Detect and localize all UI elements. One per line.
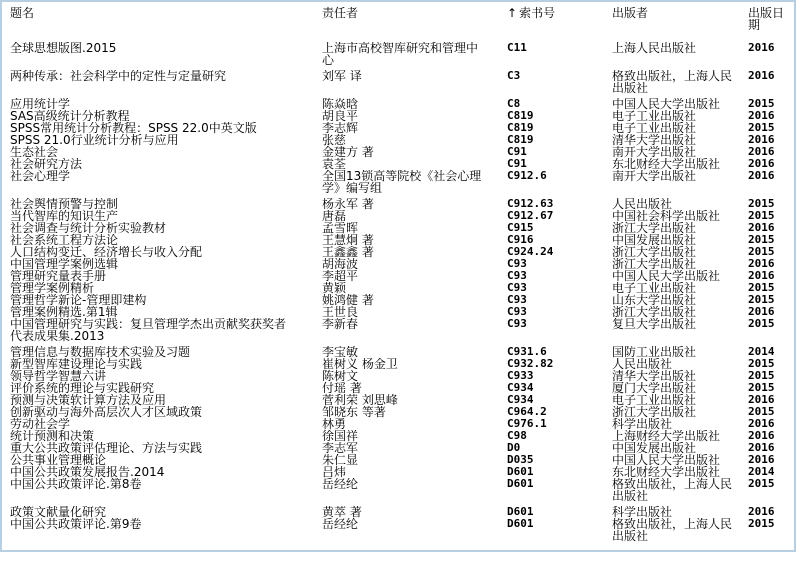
- cell-publisher: 浙江大学出版社: [612, 246, 748, 258]
- cell-publish-date: 2016: [748, 454, 794, 466]
- cell-author: 王世良: [322, 306, 507, 318]
- cell-publish-date: 2015: [748, 406, 794, 418]
- cell-author: 胡良平: [322, 110, 507, 122]
- cell-call-number: C912.6: [507, 170, 612, 198]
- cell-author: 岳经纶: [322, 518, 507, 546]
- cell-title: 劳动社会学: [2, 418, 322, 430]
- sort-ascending-icon: ↑: [507, 7, 517, 19]
- cell-call-number: C976.1: [507, 418, 612, 430]
- cell-publish-date: 2016: [748, 258, 794, 270]
- cell-title: 中国管理学案例选辑: [2, 258, 322, 270]
- cell-title: 预测与决策软计算方法及应用: [2, 394, 322, 406]
- cell-title: 生态社会: [2, 146, 322, 158]
- cell-publish-date: 2015: [748, 370, 794, 382]
- cell-title: 管理学案例精析: [2, 282, 322, 294]
- cell-author: 姚鸿健 著: [322, 294, 507, 306]
- cell-title: 社会心理学: [2, 170, 322, 198]
- cell-publish-date: 2015: [748, 382, 794, 394]
- cell-publisher: 中国人民大学出版社: [612, 270, 748, 282]
- cell-call-number: C93: [507, 282, 612, 294]
- cell-author: 付瑶 著: [322, 382, 507, 394]
- cell-author: 王慧炯 著: [322, 234, 507, 246]
- cell-publish-date: 2015: [748, 282, 794, 294]
- cell-publish-date: 2015: [748, 210, 794, 222]
- cell-call-number: C819: [507, 134, 612, 146]
- cell-call-number: C819: [507, 122, 612, 134]
- table-row: 中国管理学案例选辑胡海波C93浙江大学出版社2016: [2, 258, 794, 270]
- cell-publish-date: 2016: [748, 222, 794, 234]
- cell-publisher: 电子工业出版社: [612, 282, 748, 294]
- cell-publisher: 厦门大学出版社: [612, 382, 748, 394]
- cell-title: 评价系统的理论与实践研究: [2, 382, 322, 394]
- cell-call-number: C93: [507, 258, 612, 270]
- cell-title: 应用统计学: [2, 98, 322, 110]
- cell-publisher: 南开大学出版社: [612, 146, 748, 158]
- cell-author: 朱仁显: [322, 454, 507, 466]
- cell-author: 黄萃 著: [322, 506, 507, 518]
- table-row: 社会系统工程方法论王慧炯 著C916中国发展出版社2015: [2, 234, 794, 246]
- cell-publish-date: 2015: [748, 246, 794, 258]
- cell-call-number: C819: [507, 110, 612, 122]
- cell-title: 全球思想版图.2015: [2, 42, 322, 70]
- cell-call-number: C93: [507, 294, 612, 306]
- cell-publisher: 浙江大学出版社: [612, 222, 748, 234]
- table-row: 两种传承：社会科学中的定性与定量研究刘军 译C3格致出版社，上海人民出版社201…: [2, 70, 794, 98]
- cell-title: 两种传承：社会科学中的定性与定量研究: [2, 70, 322, 98]
- cell-call-number: D601: [507, 506, 612, 518]
- cell-title: 创新驱动与海外高层次人才区域政策: [2, 406, 322, 418]
- cell-publish-date: 2016: [748, 506, 794, 518]
- cell-publisher: 电子工业出版社: [612, 110, 748, 122]
- table-row: 社会心理学全国13锁高等院校《社会心理学》编写组C912.6南开大学出版社201…: [2, 170, 794, 198]
- table-row: SPSS常用统计分析教程：SPSS 22.0中英文版李志辉C819电子工业出版社…: [2, 122, 794, 134]
- cell-call-number: C8: [507, 98, 612, 110]
- cell-call-number: C915: [507, 222, 612, 234]
- table-row: 评价系统的理论与实践研究付瑶 著C934厦门大学出版社2015: [2, 382, 794, 394]
- cell-call-number: C93: [507, 270, 612, 282]
- cell-author: 上海市高校智库研究和管理中心: [322, 42, 507, 70]
- cell-title: 社会舆情预警与控制: [2, 198, 322, 210]
- cell-call-number: C933: [507, 370, 612, 382]
- cell-author: 唐磊: [322, 210, 507, 222]
- cell-author: 全国13锁高等院校《社会心理学》编写组: [322, 170, 507, 198]
- cell-publisher: 山东大学出版社: [612, 294, 748, 306]
- cell-publish-date: 2016: [748, 270, 794, 282]
- cell-publish-date: 2016: [748, 110, 794, 122]
- cell-publisher: 清华大学出版社: [612, 370, 748, 382]
- cell-call-number: D601: [507, 518, 612, 546]
- cell-call-number: C931.6: [507, 346, 612, 358]
- cell-publisher: 人民出版社: [612, 198, 748, 210]
- cell-author: 李超平: [322, 270, 507, 282]
- cell-title: 当代智库的知识生产: [2, 210, 322, 222]
- table-row: 新型智库建设理论与实践崔树义 杨金卫C932.82人民出版社2015: [2, 358, 794, 370]
- table-row: 重大公共政策评估理论、方法与实践李志军D0中国发展出版社2016: [2, 442, 794, 454]
- cell-publish-date: 2015: [748, 98, 794, 110]
- cell-publish-date: 2016: [748, 70, 794, 98]
- table-row: 管理案例精选.第1辑王世良C93浙江大学出版社2016: [2, 306, 794, 318]
- table-row: 社会研究方法袁荃C91东北财经大学出版社2016: [2, 158, 794, 170]
- cell-publisher: 格致出版社，上海人民出版社: [612, 70, 748, 98]
- cell-publisher: 东北财经大学出版社: [612, 466, 748, 478]
- cell-author: 李志辉: [322, 122, 507, 134]
- cell-author: 吕炜: [322, 466, 507, 478]
- table-row: 管理哲学新论-管理即建构姚鸿健 著C93山东大学出版社2015: [2, 294, 794, 306]
- cell-publisher: 上海人民出版社: [612, 42, 748, 70]
- cell-call-number: D035: [507, 454, 612, 466]
- table-row: 预测与决策软计算方法及应用菅利荣 刘思峰C934电子工业出版社2016: [2, 394, 794, 406]
- cell-title: 中国公共政策发展报告.2014: [2, 466, 322, 478]
- table-row: 管理信息与数据库技术实验及习题李宝敏C931.6国防工业出版社2014: [2, 346, 794, 358]
- cell-author: 孟雪晖: [322, 222, 507, 234]
- table-row: 创新驱动与海外高层次人才区域政策邹晓东 等著C964.2浙江大学出版社2015: [2, 406, 794, 418]
- cell-title: SAS高级统计分析教程: [2, 110, 322, 122]
- cell-publish-date: 2015: [748, 122, 794, 134]
- table-row: 应用统计学陈焱晗C8中国人民大学出版社2015: [2, 98, 794, 110]
- cell-author: 张慈: [322, 134, 507, 146]
- table-row: 中国公共政策发展报告.2014吕炜D601东北财经大学出版社2014: [2, 466, 794, 478]
- cell-call-number: C916: [507, 234, 612, 246]
- cell-publish-date: 2016: [748, 418, 794, 430]
- cell-publish-date: 2015: [748, 318, 794, 346]
- table-row: 公共事业管理概论朱仁显D035中国人民大学出版社2016: [2, 454, 794, 466]
- cell-publisher: 人民出版社: [612, 358, 748, 370]
- cell-publisher: 格致出版社，上海人民出版社: [612, 518, 748, 546]
- cell-publisher: 浙江大学出版社: [612, 306, 748, 318]
- table-row: 中国公共政策评论.第9卷岳经纶D601格致出版社，上海人民出版社2015: [2, 518, 794, 546]
- cell-publish-date: 2014: [748, 466, 794, 478]
- table-body: 全球思想版图.2015上海市高校智库研究和管理中心C11上海人民出版社2016两…: [2, 42, 794, 546]
- cell-title: 中国公共政策评论.第8卷: [2, 478, 322, 506]
- cell-call-number: C934: [507, 394, 612, 406]
- cell-title: SPSS常用统计分析教程：SPSS 22.0中英文版: [2, 122, 322, 134]
- cell-title: 统计预测和决策: [2, 430, 322, 442]
- cell-publisher: 东北财经大学出版社: [612, 158, 748, 170]
- cell-publisher: 复旦大学出版社: [612, 318, 748, 346]
- cell-author: 刘军 译: [322, 70, 507, 98]
- cell-publisher: 中国发展出版社: [612, 442, 748, 454]
- cell-author: 王鑫鑫 著: [322, 246, 507, 258]
- cell-publish-date: 2016: [748, 394, 794, 406]
- book-results-panel: 题名 责任者 ↑索书号 出版者 出版日期 全球思想版图.2015上海市高校智库研…: [0, 0, 796, 552]
- cell-call-number: C11: [507, 42, 612, 70]
- cell-author: 李新春: [322, 318, 507, 346]
- cell-call-number: D601: [507, 466, 612, 478]
- cell-publish-date: 2015: [748, 234, 794, 246]
- cell-author: 陈焱晗: [322, 98, 507, 110]
- table-row: 政策文献量化研究黄萃 著D601科学出版社2016: [2, 506, 794, 518]
- table-row: 中国管理研究与实践：复旦管理学杰出贡献奖获奖者代表成果集.2013李新春C93复…: [2, 318, 794, 346]
- column-header-call-number-label: 索书号: [519, 6, 555, 20]
- cell-call-number: C964.2: [507, 406, 612, 418]
- cell-author: 菅利荣 刘思峰: [322, 394, 507, 406]
- cell-publish-date: 2016: [748, 42, 794, 70]
- header-row: 题名 责任者 ↑索书号 出版者 出版日期: [2, 2, 794, 42]
- table-row: 统计预测和决策徐国祥C98上海财经大学出版社2016: [2, 430, 794, 442]
- cell-title: 管理案例精选.第1辑: [2, 306, 322, 318]
- cell-title: 管理信息与数据库技术实验及习题: [2, 346, 322, 358]
- cell-title: SPSS 21.0行业统计分析与应用: [2, 134, 322, 146]
- cell-publish-date: 2016: [748, 134, 794, 146]
- table-row: SPSS 21.0行业统计分析与应用张慈C819清华大学出版社2016: [2, 134, 794, 146]
- cell-title: 社会研究方法: [2, 158, 322, 170]
- table-row: 中国公共政策评论.第8卷岳经纶D601格致出版社，上海人民出版社2015: [2, 478, 794, 506]
- table-row: 管理学案例精析黄颖C93电子工业出版社2015: [2, 282, 794, 294]
- cell-publish-date: 2015: [748, 518, 794, 546]
- cell-title: 中国公共政策评论.第9卷: [2, 518, 322, 546]
- cell-author: 崔树义 杨金卫: [322, 358, 507, 370]
- cell-title: 人口结构变迁、经济增长与收入分配: [2, 246, 322, 258]
- cell-author: 杨永军 著: [322, 198, 507, 210]
- column-header-publish-date: 出版日期: [748, 2, 794, 42]
- cell-author: 胡海波: [322, 258, 507, 270]
- cell-call-number: C932.82: [507, 358, 612, 370]
- cell-call-number: C924.24: [507, 246, 612, 258]
- cell-publisher: 中国社会科学出版社: [612, 210, 748, 222]
- cell-call-number: C93: [507, 306, 612, 318]
- cell-publish-date: 2016: [748, 306, 794, 318]
- cell-author: 黄颖: [322, 282, 507, 294]
- table-row: 生态社会金建方 著C91南开大学出版社2016: [2, 146, 794, 158]
- cell-call-number: C93: [507, 318, 612, 346]
- cell-author: 邹晓东 等著: [322, 406, 507, 418]
- cell-title: 管理哲学新论-管理即建构: [2, 294, 322, 306]
- cell-title: 公共事业管理概论: [2, 454, 322, 466]
- cell-publisher: 科学出版社: [612, 506, 748, 518]
- cell-author: 李志军: [322, 442, 507, 454]
- cell-author: 金建方 著: [322, 146, 507, 158]
- cell-publisher: 中国人民大学出版社: [612, 454, 748, 466]
- cell-publish-date: 2016: [748, 158, 794, 170]
- cell-publish-date: 2015: [748, 294, 794, 306]
- cell-author: 袁荃: [322, 158, 507, 170]
- cell-publish-date: 2015: [748, 198, 794, 210]
- cell-call-number: C912.63: [507, 198, 612, 210]
- table-row: 人口结构变迁、经济增长与收入分配王鑫鑫 著C924.24浙江大学出版社2015: [2, 246, 794, 258]
- cell-call-number: C91: [507, 158, 612, 170]
- cell-title: 管理研究量表手册: [2, 270, 322, 282]
- cell-publisher: 浙江大学出版社: [612, 258, 748, 270]
- cell-title: 重大公共政策评估理论、方法与实践: [2, 442, 322, 454]
- cell-title: 中国管理研究与实践：复旦管理学杰出贡献奖获奖者代表成果集.2013: [2, 318, 322, 346]
- cell-call-number: C934: [507, 382, 612, 394]
- book-list-table: 题名 责任者 ↑索书号 出版者 出版日期 全球思想版图.2015上海市高校智库研…: [2, 2, 794, 546]
- table-row: 当代智库的知识生产唐磊C912.67中国社会科学出版社2015: [2, 210, 794, 222]
- cell-call-number: D601: [507, 478, 612, 506]
- cell-call-number: C91: [507, 146, 612, 158]
- cell-author: 陈树文: [322, 370, 507, 382]
- cell-publish-date: 2016: [748, 442, 794, 454]
- cell-publish-date: 2016: [748, 170, 794, 198]
- cell-call-number: C912.67: [507, 210, 612, 222]
- cell-title: 社会调查与统计分析实验教材: [2, 222, 322, 234]
- table-row: 社会舆情预警与控制杨永军 著C912.63人民出版社2015: [2, 198, 794, 210]
- cell-call-number: C3: [507, 70, 612, 98]
- table-row: 领导哲学智慧六讲陈树文C933清华大学出版社2015: [2, 370, 794, 382]
- cell-call-number: D0: [507, 442, 612, 454]
- cell-publisher: 南开大学出版社: [612, 170, 748, 198]
- table-row: SAS高级统计分析教程胡良平C819电子工业出版社2016: [2, 110, 794, 122]
- cell-publisher: 国防工业出版社: [612, 346, 748, 358]
- cell-publisher: 浙江大学出版社: [612, 406, 748, 418]
- cell-author: 李宝敏: [322, 346, 507, 358]
- cell-publish-date: 2015: [748, 358, 794, 370]
- cell-call-number: C98: [507, 430, 612, 442]
- cell-publish-date: 2014: [748, 346, 794, 358]
- cell-publisher: 中国人民大学出版社: [612, 98, 748, 110]
- column-header-title: 题名: [2, 2, 322, 42]
- cell-publish-date: 2015: [748, 478, 794, 506]
- cell-publish-date: 2016: [748, 146, 794, 158]
- cell-title: 领导哲学智慧六讲: [2, 370, 322, 382]
- cell-author: 徐国祥: [322, 430, 507, 442]
- column-header-call-number[interactable]: ↑索书号: [507, 2, 612, 42]
- cell-publisher: 清华大学出版社: [612, 134, 748, 146]
- table-row: 社会调查与统计分析实验教材孟雪晖C915浙江大学出版社2016: [2, 222, 794, 234]
- cell-publisher: 上海财经大学出版社: [612, 430, 748, 442]
- cell-publisher: 电子工业出版社: [612, 394, 748, 406]
- cell-publisher: 电子工业出版社: [612, 122, 748, 134]
- cell-title: 政策文献量化研究: [2, 506, 322, 518]
- table-row: 全球思想版图.2015上海市高校智库研究和管理中心C11上海人民出版社2016: [2, 42, 794, 70]
- cell-author: 岳经纶: [322, 478, 507, 506]
- column-header-publisher: 出版者: [612, 2, 748, 42]
- cell-title: 社会系统工程方法论: [2, 234, 322, 246]
- table-row: 劳动社会学林勇C976.1科学出版社2016: [2, 418, 794, 430]
- cell-publisher: 格致出版社，上海人民出版社: [612, 478, 748, 506]
- cell-author: 林勇: [322, 418, 507, 430]
- table-row: 管理研究量表手册李超平C93中国人民大学出版社2016: [2, 270, 794, 282]
- cell-publisher: 科学出版社: [612, 418, 748, 430]
- cell-publish-date: 2016: [748, 430, 794, 442]
- cell-title: 新型智库建设理论与实践: [2, 358, 322, 370]
- column-header-author: 责任者: [322, 2, 507, 42]
- cell-publisher: 中国发展出版社: [612, 234, 748, 246]
